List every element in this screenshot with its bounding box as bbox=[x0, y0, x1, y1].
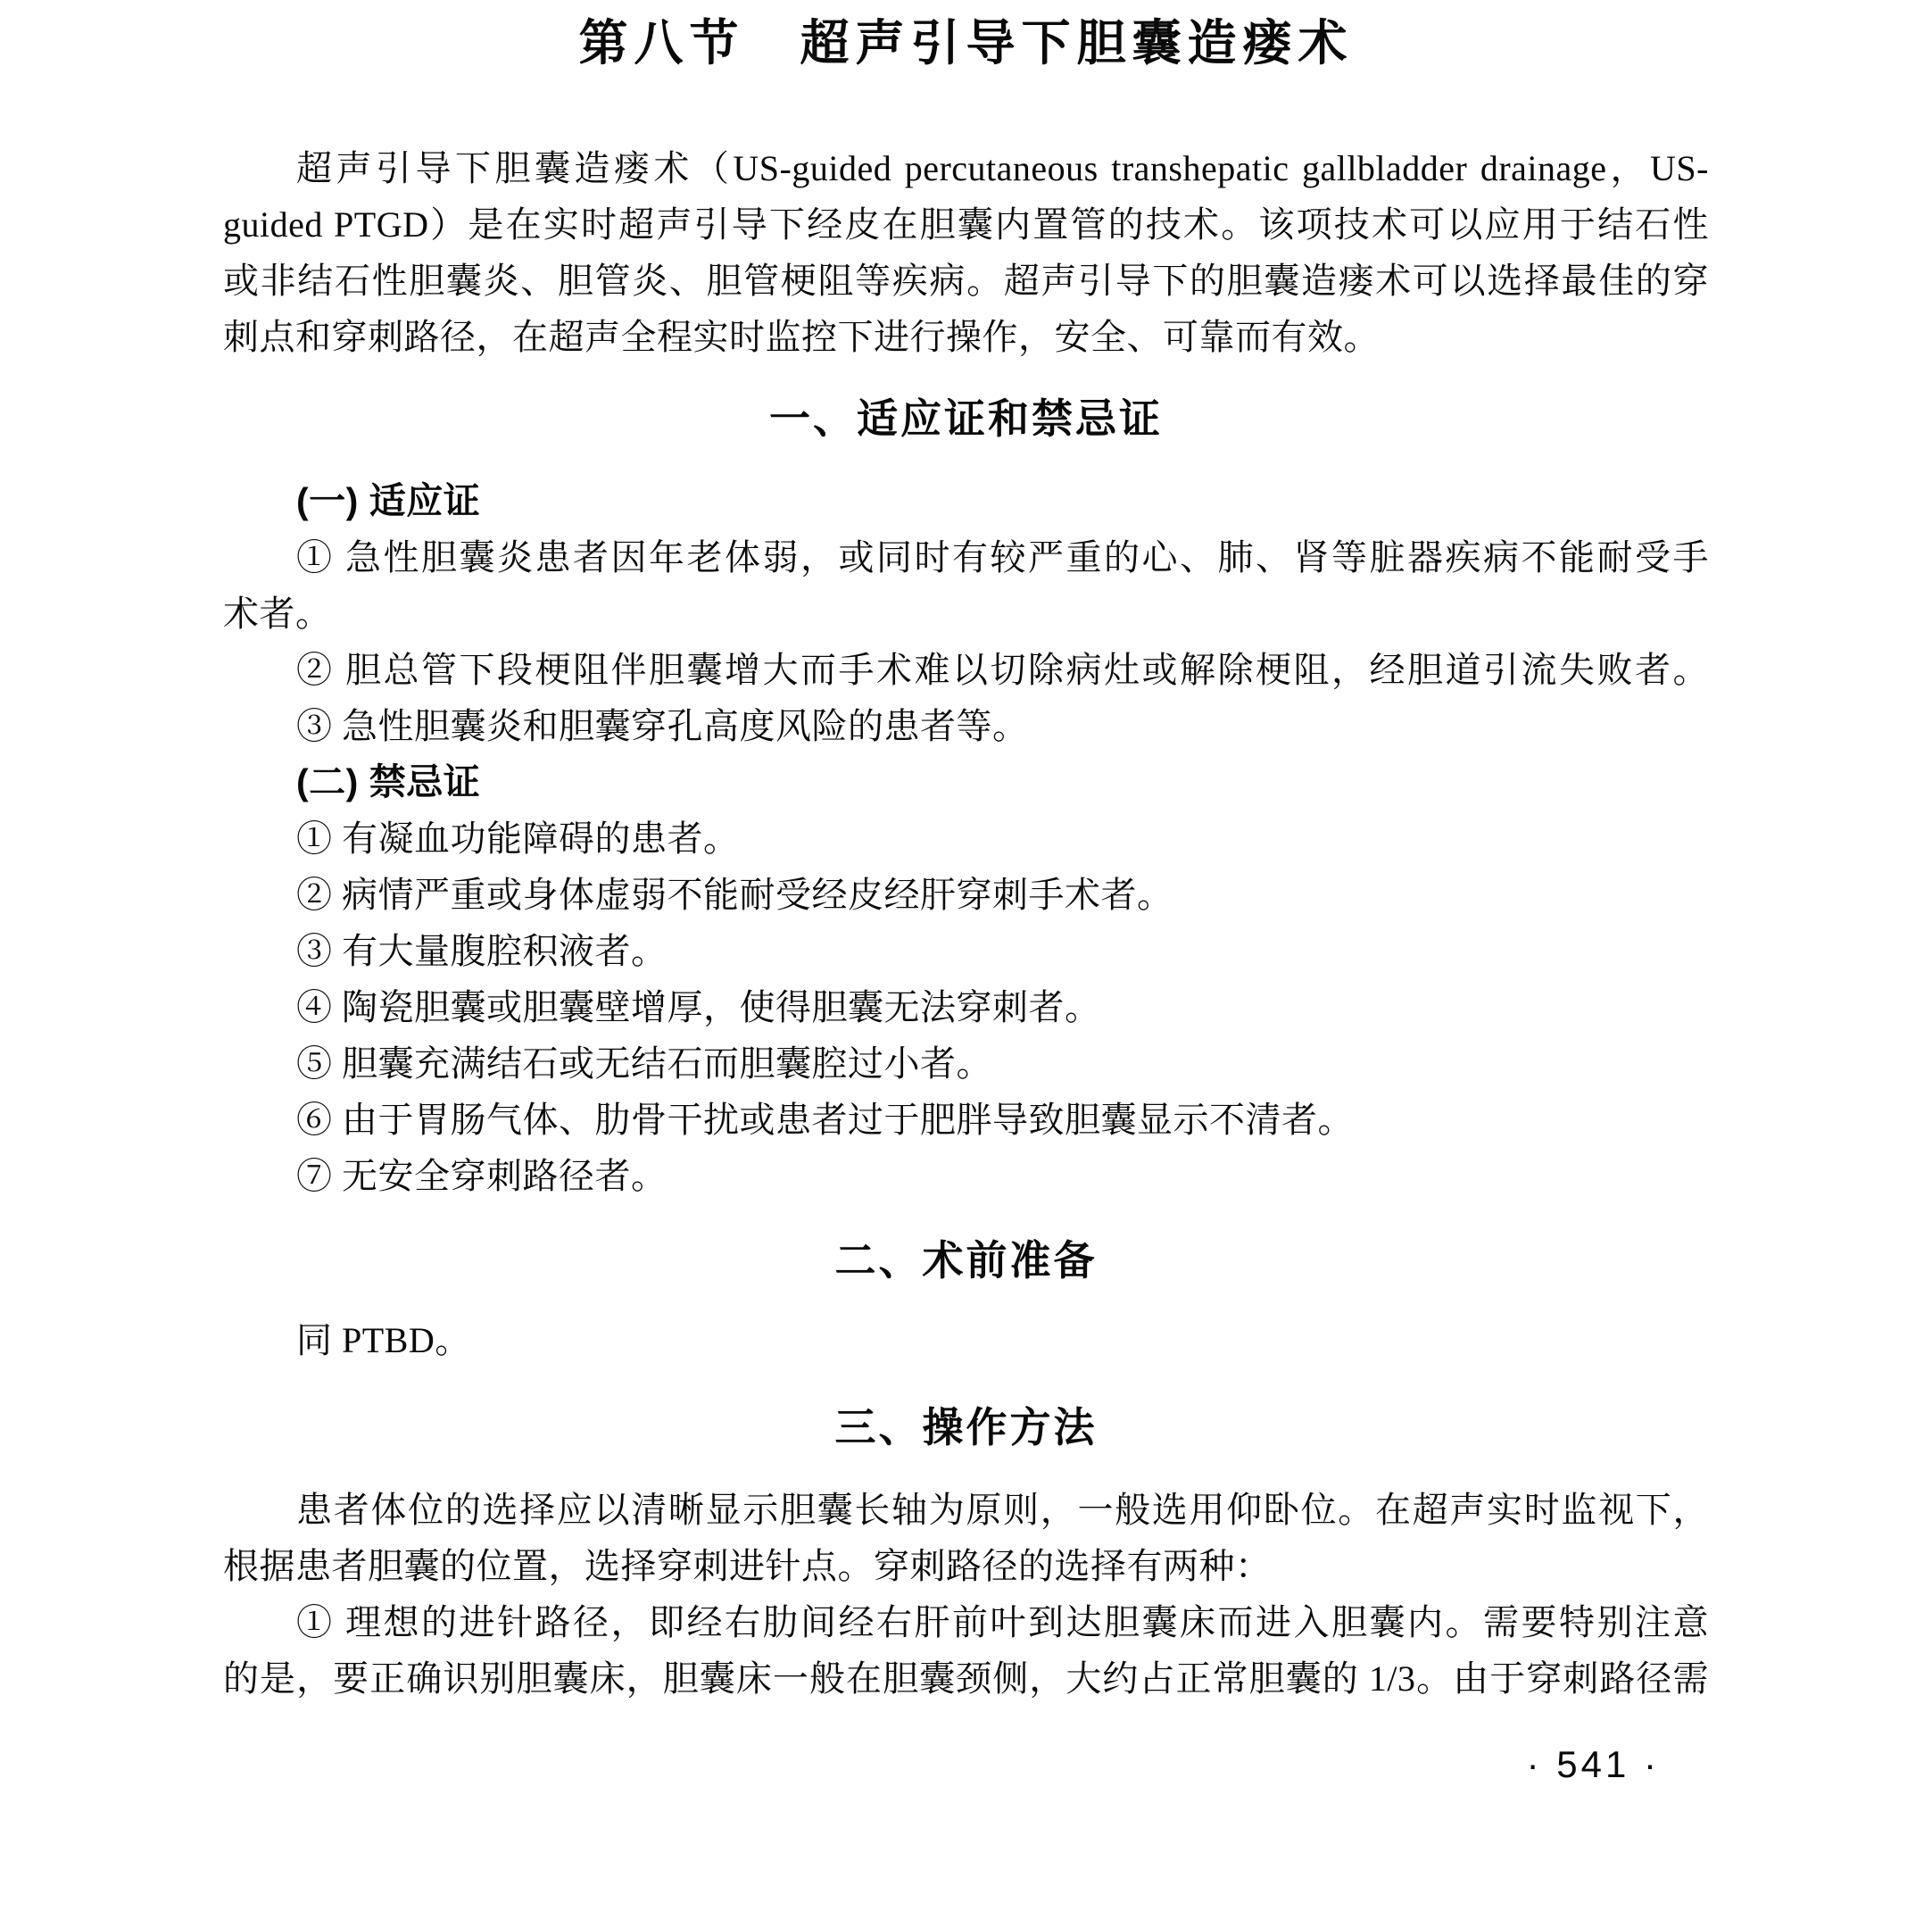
text-line: 同 PTBD。 bbox=[223, 1312, 1709, 1368]
text-line: ③ 急性胆囊炎和胆囊穿孔高度风险的患者等。 bbox=[223, 698, 1709, 754]
intro-paragraph: 超声引导下胆囊造瘘术（US-guided percutaneous transh… bbox=[223, 140, 1709, 365]
text-line: ⑥ 由于胃肠气体、肋骨干扰或患者过于肥胖导致胆囊显示不清者。 bbox=[223, 1092, 1709, 1148]
text-line: 或非结石性胆囊炎、胆管炎、胆管梗阻等疾病。超声引导下的胆囊造瘘术可以选择最佳的穿 bbox=[223, 253, 1709, 309]
text-line: ① 理想的进针路径，即经右肋间经右肝前叶到达胆囊床而进入胆囊内。需要特别注意 bbox=[223, 1594, 1709, 1650]
page-title: 第八节 超声引导下胆囊造瘘术 bbox=[0, 12, 1932, 75]
section-heading-preoperative-preparation: 二、术前准备 bbox=[223, 1234, 1709, 1288]
text-line: ⑤ 胆囊充满结石或无结石而胆囊腔过小者。 bbox=[223, 1035, 1709, 1092]
operation-method-paragraph: 患者体位的选择应以清晰显示胆囊长轴为原则，一般选用仰卧位。在超声实时监视下， 根… bbox=[223, 1482, 1709, 1707]
text-line: 根据患者胆囊的位置，选择穿刺进针点。穿刺路径的选择有两种： bbox=[223, 1538, 1709, 1594]
text-line: 超声引导下胆囊造瘘术（US-guided percutaneous transh… bbox=[223, 140, 1709, 196]
text-line: ② 病情严重或身体虚弱不能耐受经皮经肝穿刺手术者。 bbox=[223, 867, 1709, 923]
text-line: 的是，要正确识别胆囊床，胆囊床一般在胆囊颈侧，大约占正常胆囊的 1/3。由于穿刺… bbox=[223, 1650, 1709, 1707]
text-line: ① 急性胆囊炎患者因年老体弱，或同时有较严重的心、肺、肾等脏器疾病不能耐受手 bbox=[223, 529, 1709, 586]
text-line: ⑦ 无安全穿刺路径者。 bbox=[223, 1148, 1709, 1204]
subsection-heading-contraindications: (二) 禁忌证 bbox=[223, 754, 1709, 810]
text-line: guided PTGD）是在实时超声引导下经皮在胆囊内置管的技术。该项技术可以应… bbox=[223, 196, 1709, 253]
document-page: 第八节 超声引导下胆囊造瘘术 超声引导下胆囊造瘘术（US-guided perc… bbox=[0, 0, 1932, 1928]
text-line: 术者。 bbox=[223, 586, 1709, 642]
text-line: ① 有凝血功能障碍的患者。 bbox=[223, 810, 1709, 867]
subsection-heading-indications: (一) 适应证 bbox=[223, 473, 1709, 529]
text-line: ④ 陶瓷胆囊或胆囊壁增厚，使得胆囊无法穿刺者。 bbox=[223, 979, 1709, 1035]
indications-contraindications-list: (一) 适应证 ① 急性胆囊炎患者因年老体弱，或同时有较严重的心、肺、肾等脏器疾… bbox=[223, 473, 1709, 1204]
text-line: 患者体位的选择应以清晰显示胆囊长轴为原则，一般选用仰卧位。在超声实时监视下， bbox=[223, 1482, 1709, 1538]
section-heading-indications-contraindications: 一、适应证和禁忌证 bbox=[223, 393, 1709, 446]
section-heading-operation-method: 三、操作方法 bbox=[223, 1401, 1709, 1455]
text-line: ② 胆总管下段梗阻伴胆囊增大而手术难以切除病灶或解除梗阻，经胆道引流失败者。 bbox=[223, 642, 1709, 698]
page-number: · 541 · bbox=[223, 1737, 1709, 1792]
text-line: 刺点和穿刺路径，在超声全程实时监控下进行操作，安全、可靠而有效。 bbox=[223, 309, 1709, 365]
text-line: ③ 有大量腹腔积液者。 bbox=[223, 923, 1709, 979]
